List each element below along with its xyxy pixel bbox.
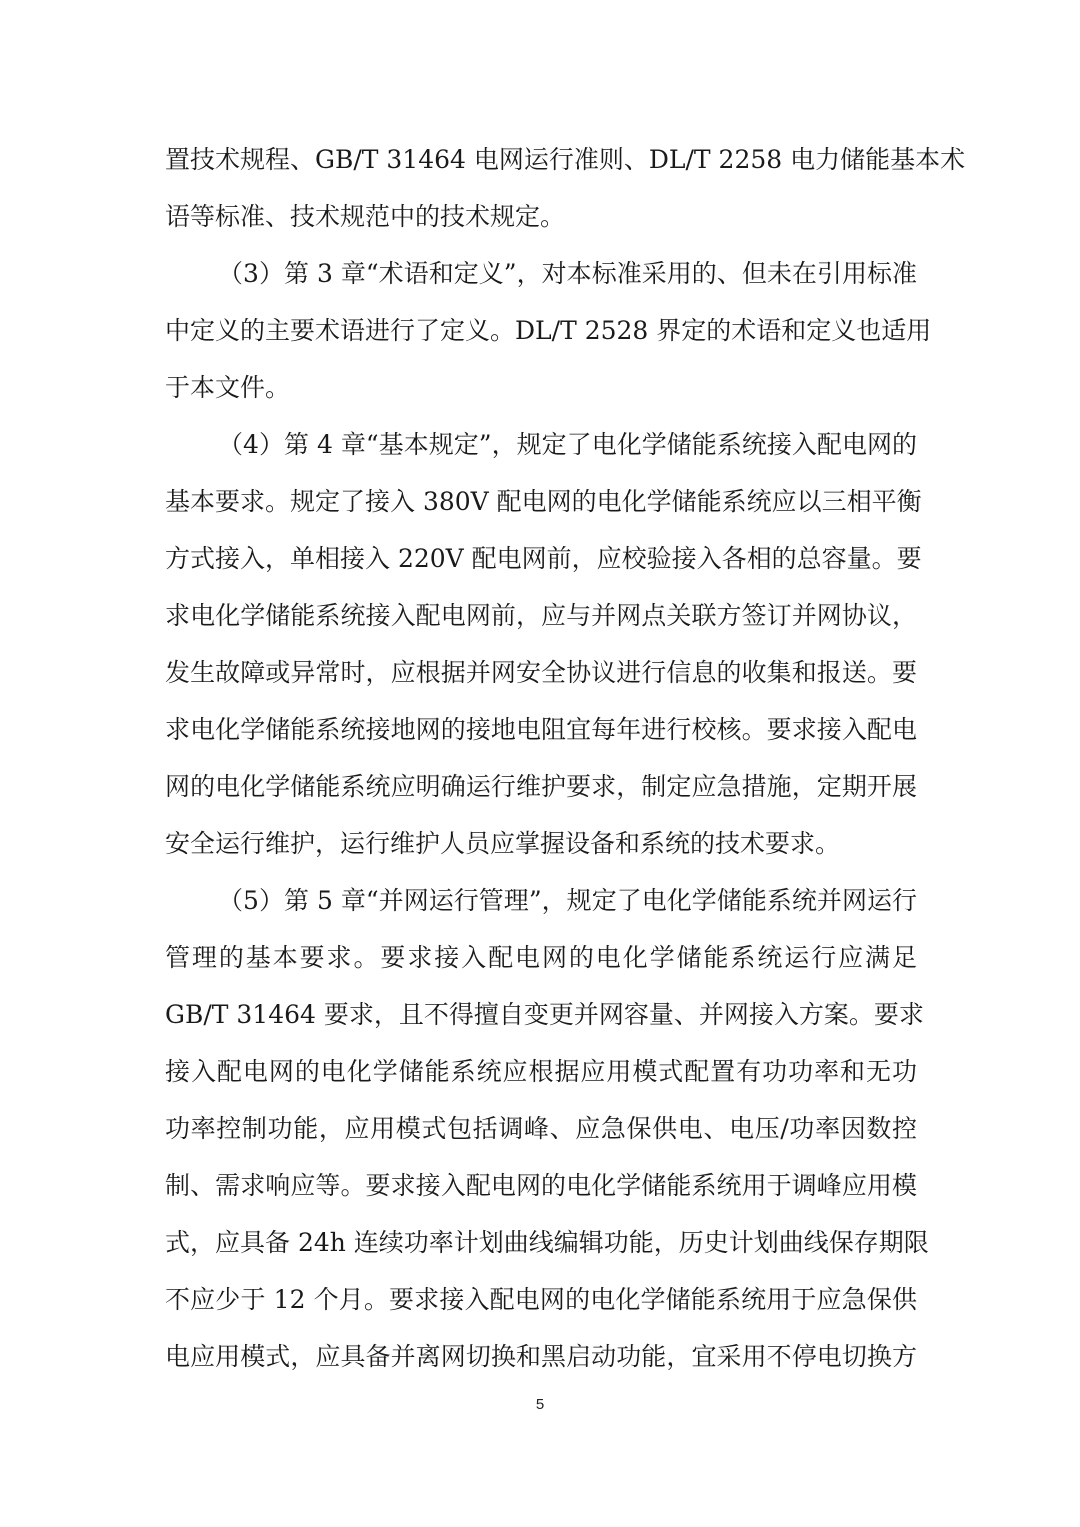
text-line: 求电化学储能系统接入配电网前，应与并网点关联方签订并网协议， — [165, 596, 917, 636]
text-line: 方式接入，单相接入 220V 配电网前，应校验接入各相的总容量。要 — [165, 539, 917, 579]
paragraph-first-line: （4）第 4 章“基本规定”，规定了电化学储能系统接入配电网的 — [218, 425, 917, 465]
text-line: GB/T 31464 要求，且不得擅自变更并网容量、并网接入方案。要求 — [165, 995, 917, 1035]
page-number: 5 — [520, 1396, 560, 1413]
text-line: 电应用模式，应具备并离网切换和黑启动功能，宜采用不停电切换方 — [165, 1337, 917, 1377]
text-line: 基本要求。规定了接入 380V 配电网的电化学储能系统应以三相平衡 — [165, 482, 917, 522]
text-line: 置技术规程、GB/T 31464 电网运行准则、DL/T 2258 电力储能基本… — [165, 140, 917, 180]
document-page: 置技术规程、GB/T 31464 电网运行准则、DL/T 2258 电力储能基本… — [0, 0, 1080, 1527]
text-line: 语等标准、技术规范中的技术规定。 — [165, 197, 917, 237]
text-line: 不应少于 12 个月。要求接入配电网的电化学储能系统用于应急保供 — [165, 1280, 917, 1320]
text-line: 发生故障或异常时，应根据并网安全协议进行信息的收集和报送。要 — [165, 653, 917, 693]
text-line: 功率控制功能，应用模式包括调峰、应急保供电、电压/功率因数控 — [165, 1109, 917, 1149]
text-line: 中定义的主要术语进行了定义。DL/T 2528 界定的术语和定义也适用 — [165, 311, 917, 351]
text-line: 于本文件。 — [165, 368, 917, 408]
text-line: 制、需求响应等。要求接入配电网的电化学储能系统用于调峰应用模 — [165, 1166, 917, 1206]
paragraph-first-line: （5）第 5 章“并网运行管理”，规定了电化学储能系统并网运行 — [218, 881, 917, 921]
text-line: 求电化学储能系统接地网的接地电阻宜每年进行校核。要求接入配电 — [165, 710, 917, 750]
text-line: 接入配电网的电化学储能系统应根据应用模式配置有功功率和无功 — [165, 1052, 917, 1092]
text-line: 管理的基本要求。要求接入配电网的电化学储能系统运行应满足 — [165, 938, 917, 978]
text-line: 网的电化学储能系统应明确运行维护要求，制定应急措施，定期开展 — [165, 767, 917, 807]
text-line: 式，应具备 24h 连续功率计划曲线编辑功能，历史计划曲线保存期限 — [165, 1223, 917, 1263]
text-line: 安全运行维护，运行维护人员应掌握设备和系统的技术要求。 — [165, 824, 917, 864]
paragraph-first-line: （3）第 3 章“术语和定义”，对本标准采用的、但未在引用标准 — [218, 254, 917, 294]
